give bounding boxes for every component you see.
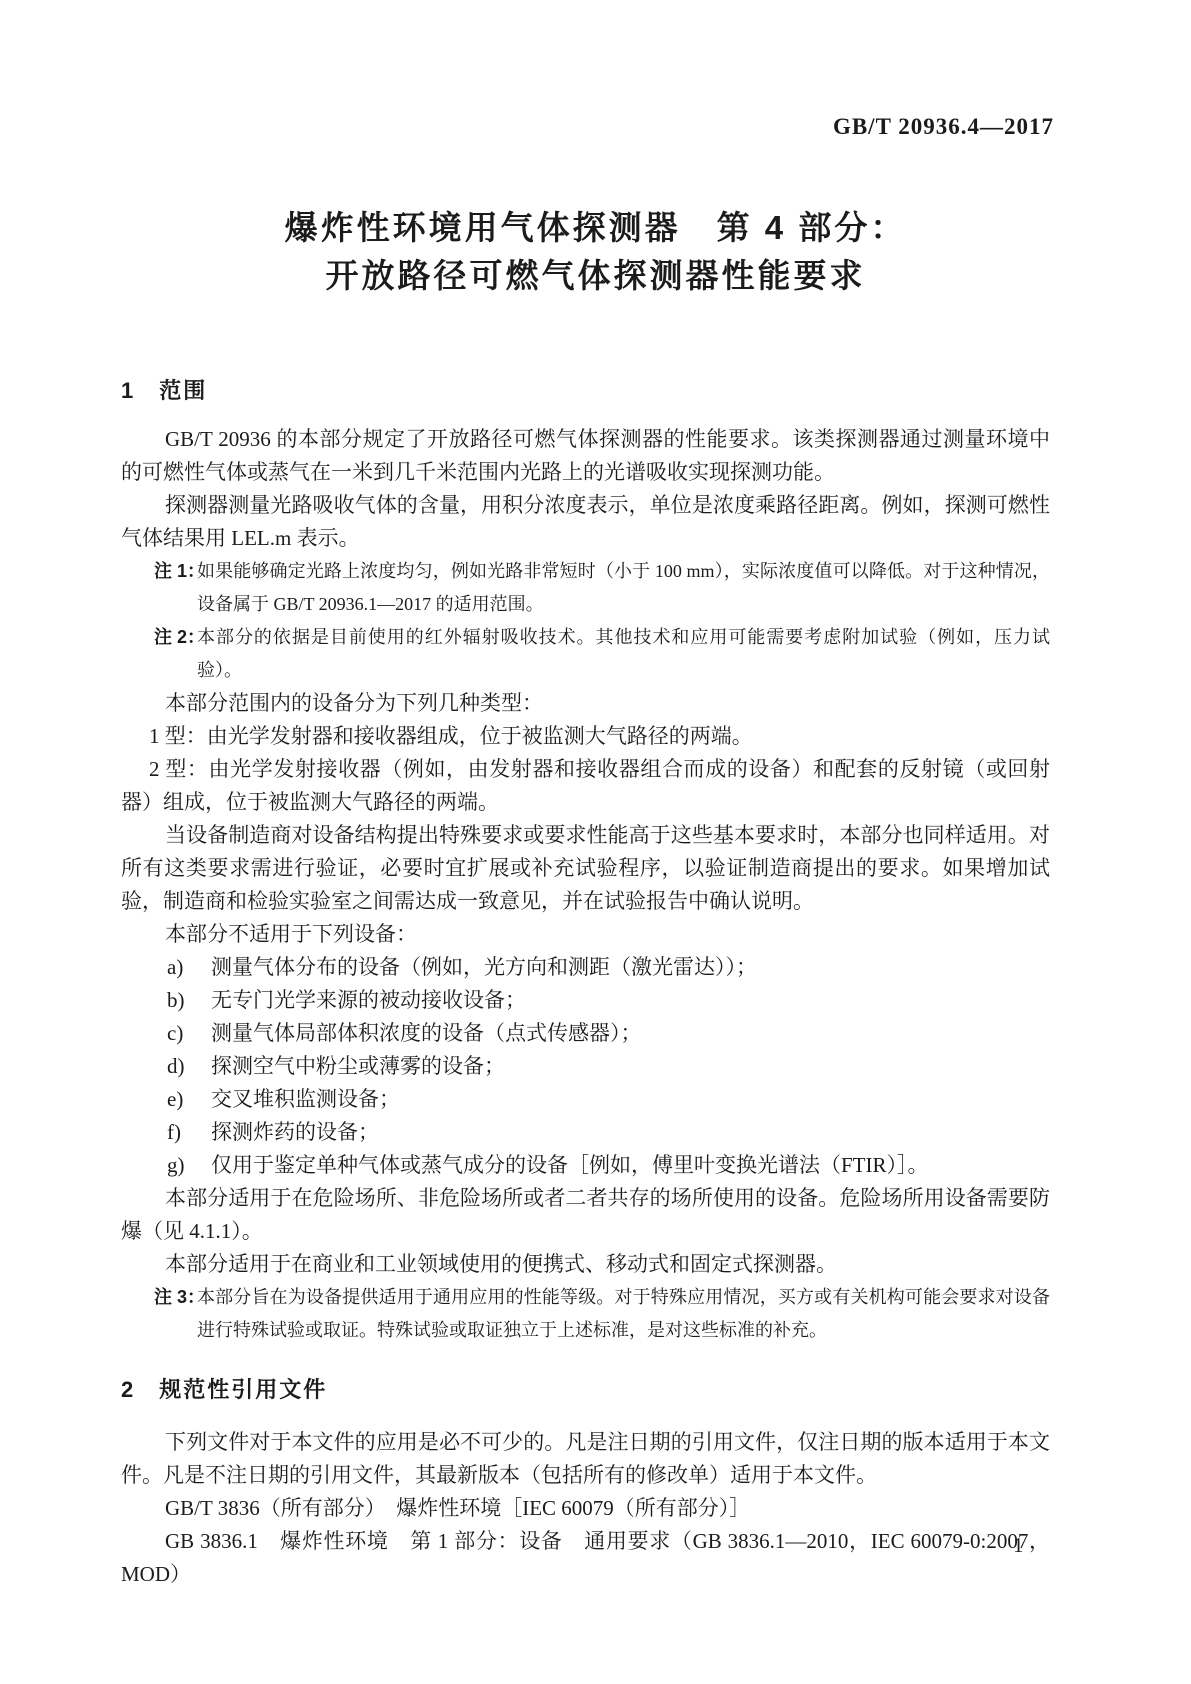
- note-3: 注 3：本部分旨在为设备提供适用于通用应用的性能等级。对于特殊应用情况，买方或有…: [121, 1281, 1050, 1347]
- running-header: GB/T 20936.4—2017: [833, 114, 1054, 140]
- note-2: 注 2：本部分的依据是目前使用的红外辐射吸收技术。其他技术和应用可能需要考虑附加…: [121, 621, 1050, 687]
- list-item-c: c)测量气体局部体积浓度的设备（点式传感器）；: [121, 1017, 1050, 1050]
- reference-gbt-3836: GB/T 3836（所有部分） 爆炸性环境［IEC 60079（所有部分）］: [121, 1492, 1050, 1525]
- paragraph-scope-2: 探测器测量光路吸收气体的含量，用积分浓度表示，单位是浓度乘路径距离。例如，探测可…: [121, 489, 1050, 555]
- section-2-number: 2: [121, 1373, 133, 1406]
- paragraph-detector-kinds: 本部分适用于在商业和工业领域使用的便携式、移动式和固定式探测器。: [121, 1248, 1050, 1281]
- section-1-heading: 1范围: [121, 374, 1050, 407]
- list-marker-d: d): [167, 1050, 185, 1083]
- title-line-2: 开放路径可燃气体探测器性能要求: [0, 252, 1191, 300]
- note-2-label: 注 2：: [154, 621, 205, 654]
- list-item-a: a)测量气体分布的设备（例如，光方向和测距（激光雷达））；: [121, 951, 1050, 984]
- list-text-d: 探测空气中粉尘或薄雾的设备；: [211, 1054, 505, 1078]
- note-3-text: 本部分旨在为设备提供适用于通用应用的性能等级。对于特殊应用情况，买方或有关机构可…: [197, 1287, 1050, 1340]
- list-text-f: 探测炸药的设备；: [211, 1120, 379, 1144]
- note-1: 注 1：如果能够确定光路上浓度均匀，例如光路非常短时（小于 100 mm），实际…: [121, 555, 1050, 621]
- list-text-c: 测量气体局部体积浓度的设备（点式传感器）；: [211, 1021, 642, 1045]
- paragraph-types-intro: 本部分范围内的设备分为下列几种类型：: [121, 687, 1050, 720]
- paragraph-special-requirements: 当设备制造商对设备结构提出特殊要求或要求性能高于这些基本要求时，本部分也同样适用…: [121, 819, 1050, 918]
- note-1-label: 注 1：: [154, 555, 205, 588]
- type-2-item: 2 型：由光学发射接收器（例如，由发射器和接收器组合而成的设备）和配套的反射镜（…: [121, 753, 1050, 819]
- section-1-title: 范围: [159, 378, 207, 403]
- paragraph-exclusions-intro: 本部分不适用于下列设备：: [121, 918, 1050, 951]
- document-page: GB/T 20936.4—2017 爆炸性环境用气体探测器 第 4 部分： 开放…: [0, 0, 1191, 1684]
- section-2-title: 规范性引用文件: [159, 1377, 327, 1402]
- title-line-1: 爆炸性环境用气体探测器 第 4 部分：: [0, 204, 1191, 252]
- list-marker-g: g): [167, 1149, 185, 1182]
- list-item-f: f)探测炸药的设备；: [121, 1116, 1050, 1149]
- document-body: 1范围 GB/T 20936 的本部分规定了开放路径可燃气体探测器的性能要求。该…: [121, 374, 1050, 1591]
- page-number: 1: [1013, 1533, 1024, 1557]
- section-2-heading: 2规范性引用文件: [121, 1373, 1050, 1406]
- list-text-g: 仅用于鉴定单种气体或蒸气成分的设备［例如，傅里叶变换光谱法（FTIR）］。: [211, 1153, 929, 1177]
- list-text-b: 无专门光学来源的被动接收设备；: [211, 988, 526, 1012]
- list-marker-a: a): [167, 951, 183, 984]
- list-item-b: b)无专门光学来源的被动接收设备；: [121, 984, 1050, 1017]
- list-marker-c: c): [167, 1017, 183, 1050]
- paragraph-normative-intro: 下列文件对于本文件的应用是必不可少的。凡是注日期的引用文件，仅注日期的版本适用于…: [121, 1426, 1050, 1492]
- section-1-number: 1: [121, 374, 133, 407]
- type-1-item: 1 型：由光学发射器和接收器组成，位于被监测大气路径的两端。: [121, 720, 1050, 753]
- list-text-e: 交叉堆积监测设备；: [211, 1087, 400, 1111]
- document-title: 爆炸性环境用气体探测器 第 4 部分： 开放路径可燃气体探测器性能要求: [0, 204, 1191, 300]
- note-3-label: 注 3：: [154, 1281, 205, 1314]
- note-1-text: 如果能够确定光路上浓度均匀，例如光路非常短时（小于 100 mm），实际浓度值可…: [197, 561, 1050, 614]
- list-text-a: 测量气体分布的设备（例如，光方向和测距（激光雷达））；: [211, 955, 757, 979]
- list-marker-e: e): [167, 1083, 183, 1116]
- list-item-d: d)探测空气中粉尘或薄雾的设备；: [121, 1050, 1050, 1083]
- standard-code: GB/T 20936.4—2017: [833, 114, 1054, 139]
- list-item-e: e)交叉堆积监测设备；: [121, 1083, 1050, 1116]
- list-item-g: g)仅用于鉴定单种气体或蒸气成分的设备［例如，傅里叶变换光谱法（FTIR）］。: [121, 1149, 1050, 1182]
- list-marker-f: f): [167, 1116, 181, 1149]
- reference-gb-3836-1: GB 3836.1 爆炸性环境 第 1 部分：设备 通用要求（GB 3836.1…: [121, 1525, 1050, 1591]
- paragraph-scope-1: GB/T 20936 的本部分规定了开放路径可燃气体探测器的性能要求。该类探测器…: [121, 423, 1050, 489]
- list-marker-b: b): [167, 984, 185, 1017]
- note-2-text: 本部分的依据是目前使用的红外辐射吸收技术。其他技术和应用可能需要考虑附加试验（例…: [197, 627, 1050, 680]
- paragraph-hazardous-locations: 本部分适用于在危险场所、非危险场所或者二者共存的场所使用的设备。危险场所用设备需…: [121, 1182, 1050, 1248]
